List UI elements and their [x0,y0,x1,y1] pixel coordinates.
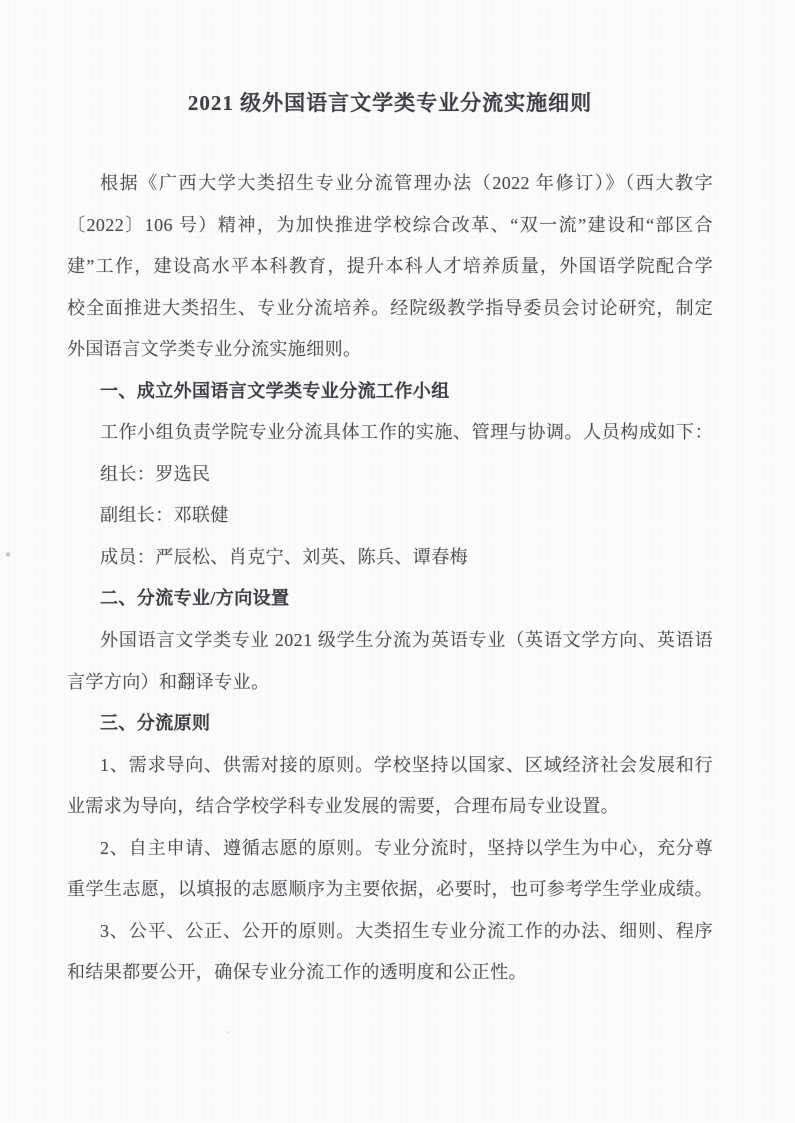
majors-line-2: 言学方向）和翻译专业。 [67,662,713,704]
section-2-heading: 二、分流专业/方向设置 [67,578,713,620]
principle-2-line-1: 2、自主申请、遵循志愿的原则。专业分流时，坚持以学生为中心，充分尊 [67,828,713,870]
principle-1-line-2: 业需求为导向，结合学校学科专业发展的需要，合理布局专业设置。 [67,786,713,828]
document-title: 2021 级外国语言文学类专业分流实施细则 [74,86,706,120]
workgroup-duty-line: 工作小组负责学院专业分流具体工作的实施、管理与协调。人员构成如下： [67,412,713,454]
members-line: 成员：严辰松、肖克宁、刘英、陈兵、谭春梅 [67,537,713,579]
intro-line-1: 根据《广西大学大类招生专业分流管理办法（2022 年修订）》（西大教字 [67,163,713,205]
intro-line-5: 外国语言文学类专业分流实施细则。 [67,329,713,371]
section-1-heading: 一、成立外国语言文学类专业分流工作小组 [67,371,713,413]
deputy-leader-line: 副组长：邓联健 [67,495,713,537]
principle-2-line-2: 重学生志愿，以填报的志愿顺序为主要依据，必要时，也可参考学生学业成绩。 [67,869,713,911]
group-leader-line: 组长：罗选民 [67,454,713,496]
scan-speck [6,552,10,557]
document-body: 根据《广西大学大类招生专业分流管理办法（2022 年修订）》（西大教字 〔202… [67,163,713,994]
intro-line-2: 〔2022〕106 号）精神，为加快推进学校综合改革、“双一流”建设和“部区合 [67,205,713,247]
principle-1-line-1: 1、需求导向、供需对接的原则。学校坚持以国家、区域经济社会发展和行 [67,745,713,787]
majors-line-1: 外国语言文学类专业 2021 级学生分流为英语专业（英语文学方向、英语语 [67,620,713,662]
intro-line-4: 校全面推进大类招生、专业分流培养。经院级教学指导委员会讨论研究，制定 [67,288,713,330]
scanned-document-page: 2021 级外国语言文学类专业分流实施细则 根据《广西大学大类招生专业分流管理办… [0,0,795,1123]
principle-3-line-2: 和结果都要公开，确保专业分流工作的透明度和公正性。 [67,952,713,994]
scan-speck [227,1031,230,1034]
intro-line-3: 建”工作，建设高水平本科教育，提升本科人才培养质量，外国语学院配合学 [67,246,713,288]
section-3-heading: 三、分流原则 [67,703,713,745]
principle-3-line-1: 3、公平、公正、公开的原则。大类招生专业分流工作的办法、细则、程序 [67,911,713,953]
